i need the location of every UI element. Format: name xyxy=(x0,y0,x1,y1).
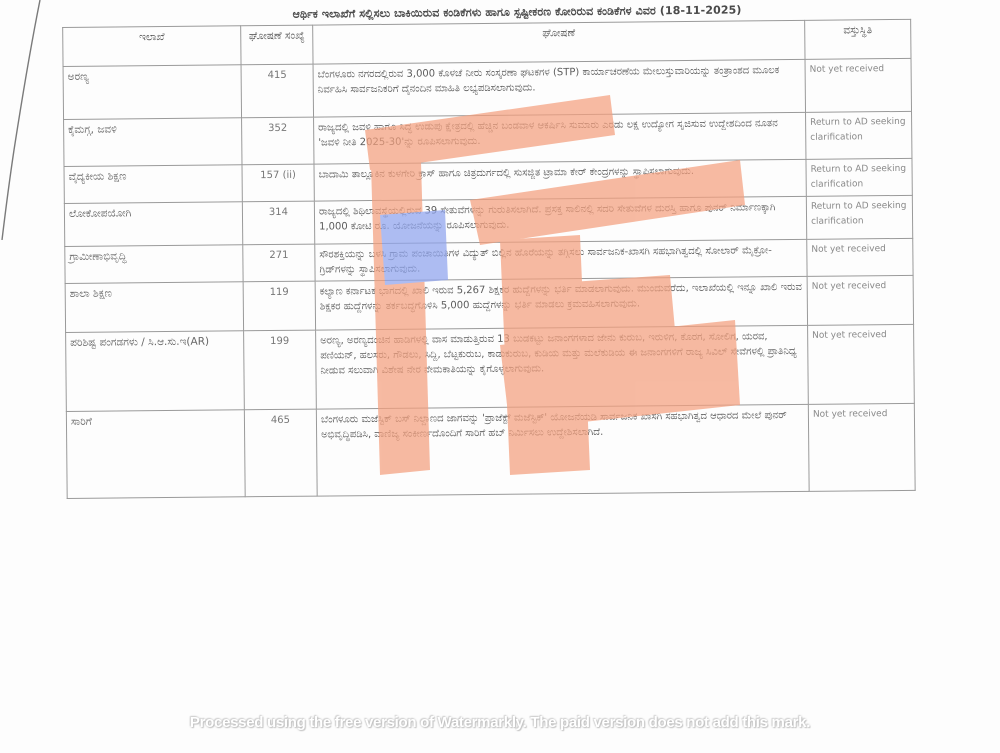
number-cell: 465 xyxy=(244,409,317,497)
table-row: ಶಾಲಾ ಶಿಕ್ಷಣ 119 ಕಲ್ಯಾಣ ಕರ್ನಾಟಕ ಭಾಗದಲ್ಲಿ … xyxy=(65,275,913,332)
number-cell: 415 xyxy=(241,64,314,118)
announcement-cell: ಬೆಂಗಳೂರು ನಗರದಲ್ಲಿರುವ 3,000 ಕೊಳಚೆ ನೀರು ಸಂ… xyxy=(313,59,805,117)
department-cell: ಅರಣ್ಯ xyxy=(63,65,242,120)
department-cell: ವೈದ್ಯಕೀಯ ಶಿಕ್ಷಣ xyxy=(64,165,242,204)
announcement-cell: ಬಾದಾಮಿ ತಾಲ್ಲೂಕಿನ ಕುಳಗೇರಿ ಕ್ರಾಸ್ ಹಾಗೂ ಚಿತ… xyxy=(314,159,806,201)
department-cell: ಶಾಲಾ ಶಿಕ್ಷಣ xyxy=(65,282,243,333)
status-cell: Not yet received xyxy=(807,238,913,276)
status-cell: Return to AD seeking clarification xyxy=(806,158,912,196)
number-cell: 314 xyxy=(242,201,314,245)
announcements-table: ಇಲಾಖೆ ಘೋಷಣೆ ಸಂಖ್ಯೆ ಘೋಷಣೆ ವಸ್ತುಸ್ಥಿತಿ ಅರಣ… xyxy=(62,19,915,499)
number-cell: 199 xyxy=(244,330,317,410)
department-cell: ಗ್ರಾಮೀಣಾಭಿವೃದ್ಧಿ xyxy=(65,245,243,284)
status-cell: Return to AD seeking clarification xyxy=(806,195,912,239)
table-row: ಅರಣ್ಯ 415 ಬೆಂಗಳೂರು ನಗರದಲ್ಲಿರುವ 3,000 ಕೊಳ… xyxy=(63,58,911,119)
number-cell: 119 xyxy=(243,281,315,331)
table-row: ಸಾರಿಗೆ 465 ಬೆಂಗಳೂರು ಮಜೆಸ್ಟಿಕ್ ಬಸ್ ನಿಲ್ದಾ… xyxy=(66,403,915,498)
status-cell: Not yet received xyxy=(808,403,915,491)
table-row: ಪರಿಶಿಷ್ಟ ಪಂಗಡಗಳು / ಸಿ.ಆ.ಸು.ಇ(AR) 199 ಅರಣ… xyxy=(66,324,915,411)
paper-edge xyxy=(0,0,60,240)
announcement-cell: ರಾಜ್ಯದಲ್ಲಿ ಶಿಥಿಲಾವಸ್ಥೆಯಲ್ಲಿರುವ 39 ಸೇತುವೆ… xyxy=(314,196,806,244)
department-cell: ಕೈಮಗ್ಗ, ಜವಳಿ xyxy=(64,118,242,167)
department-cell: ಲೋಕೋಪಯೋಗಿ xyxy=(64,202,242,247)
status-cell: Not yet received xyxy=(808,324,915,404)
status-cell: Return to AD seeking clarification xyxy=(806,111,912,159)
number-cell: 271 xyxy=(243,244,315,282)
status-cell: Not yet received xyxy=(805,58,912,112)
announcement-cell: ರಾಜ್ಯದಲ್ಲಿ ಜವಳಿ ಹಾಗೂ ಸಿದ್ಧ ಉಡುಪು ಕ್ಷೇತ್ರ… xyxy=(314,112,806,164)
department-cell: ಪರಿಶಿಷ್ಟ ಪಂಗಡಗಳು / ಸಿ.ಆ.ಸು.ಇ(AR) xyxy=(66,331,245,412)
announcement-cell: ಬೆಂಗಳೂರು ಮಜೆಸ್ಟಿಕ್ ಬಸ್ ನಿಲ್ದಾಣದ ಜಾಗವನ್ನು… xyxy=(316,404,809,496)
number-cell: 352 xyxy=(242,117,314,165)
announcement-cell: ಕಲ್ಯಾಣ ಕರ್ನಾಟಕ ಭಾಗದಲ್ಲಿ ಖಾಲಿ ಇರುವ 5,267 … xyxy=(315,276,807,330)
footer-watermark-text: Processed using the free version of Wate… xyxy=(0,714,1000,731)
document-sheet: ಆರ್ಥಿಕ ಇಲಾಖೆಗೆ ಸಲ್ಲಿಸಲು ಬಾಕಿಯಿರುವ ಕಂಡಿಕೆ… xyxy=(62,2,917,499)
header-announcement-number: ಘೋಷಣೆ ಸಂಖ್ಯೆ xyxy=(241,25,313,65)
department-cell: ಸಾರಿಗೆ xyxy=(66,410,245,499)
header-announcement: ಘೋಷಣೆ xyxy=(313,20,805,64)
header-department: ಇಲಾಖೆ xyxy=(63,26,241,67)
status-cell: Not yet received xyxy=(807,275,913,325)
table-row: ಕೈಮಗ್ಗ, ಜವಳಿ 352 ರಾಜ್ಯದಲ್ಲಿ ಜವಳಿ ಹಾಗೂ ಸಿ… xyxy=(64,111,912,166)
header-status: ವಸ್ತುಸ್ಥಿತಿ xyxy=(805,19,911,59)
number-cell: 157 (ii) xyxy=(242,164,314,202)
announcement-cell: ಅರಣ್ಯ, ಅರಣ್ಯದಂಚಿನ ಹಾಡಿಗಳಲ್ಲಿ ವಾಸ ಮಾಡುತ್ತ… xyxy=(316,325,809,409)
announcement-cell: ಸೌರಶಕ್ತಿಯನ್ನು ಬಳಸಿ ಗ್ರಾಮ ಪಂಚಾಯಿತಿಗಳ ವಿದ್… xyxy=(315,239,807,281)
